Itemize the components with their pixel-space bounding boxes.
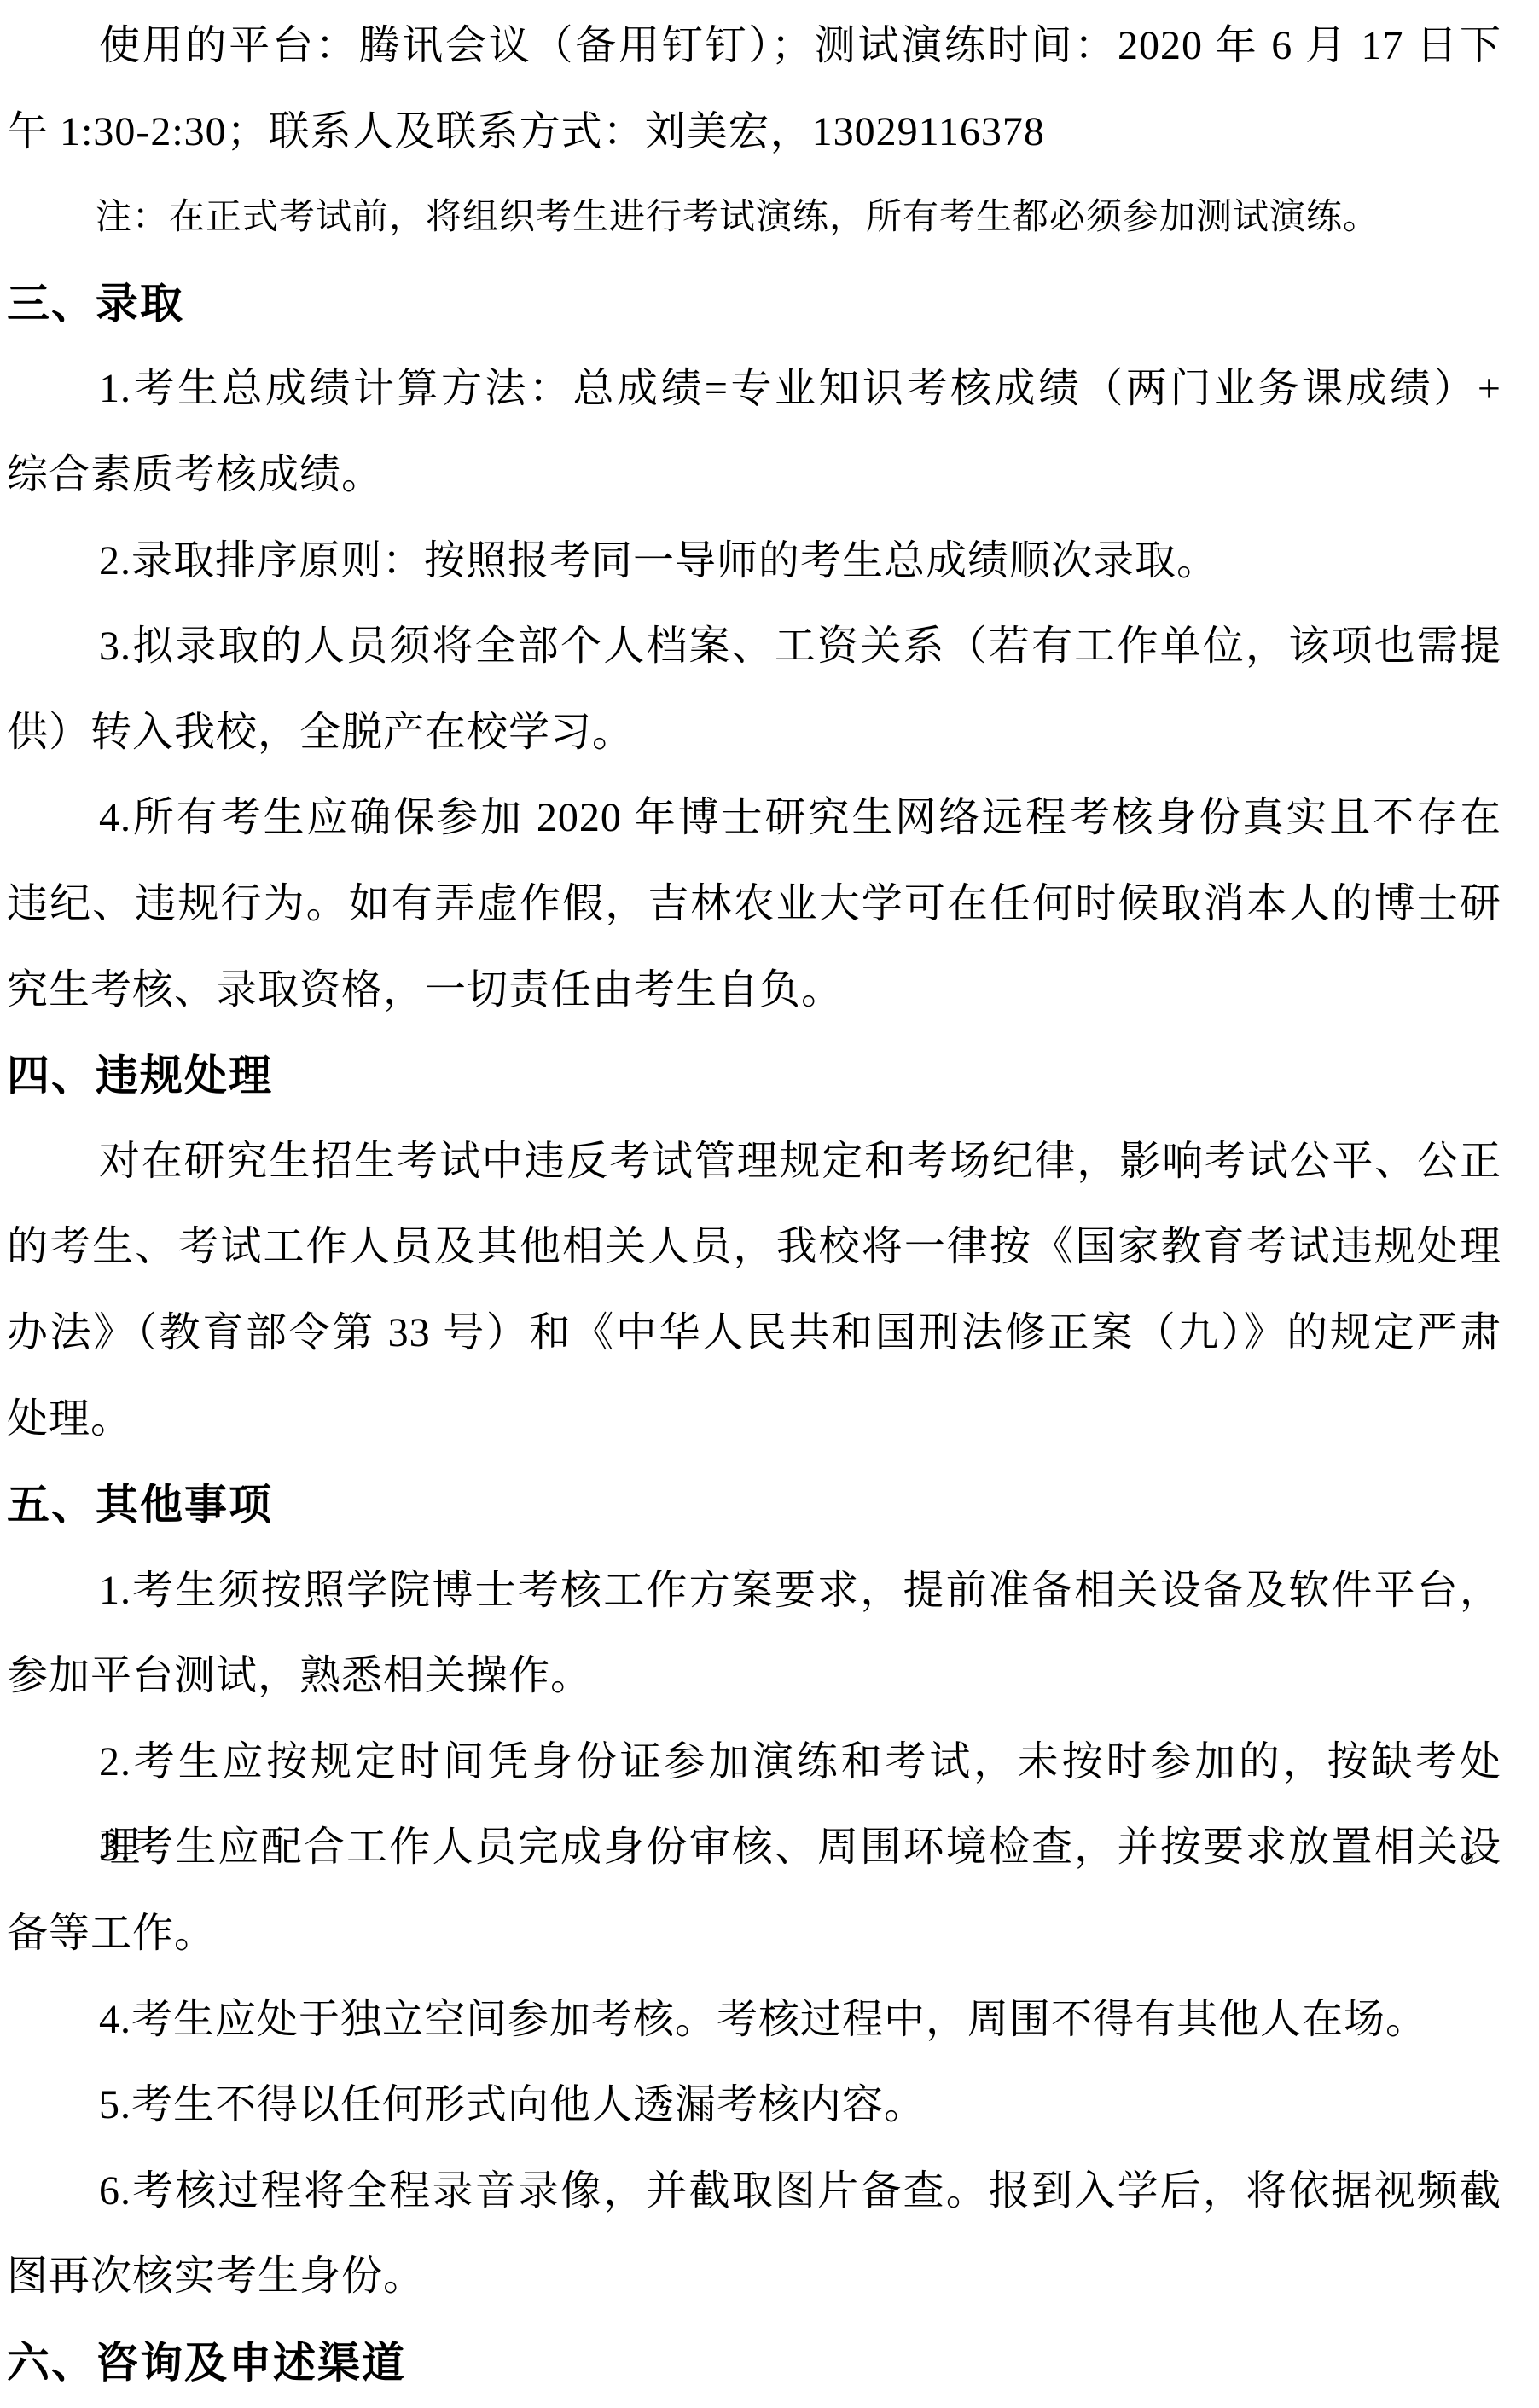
doc-line: 1.考生总成绩计算方法：总成绩=专业知识考核成绩（两门业务课成绩）+ [7,346,1501,432]
doc-line: 处理。 [7,1377,1501,1463]
doc-line: 对在研究生招生考试中违反考试管理规定和考场纪律，影响考试公平、公正 [7,1119,1501,1205]
section-heading-other-matters: 五、其他事项 [7,1462,1501,1548]
note-line: 注：在正式考试前，将组织考生进行考试演练，所有考生都必须参加测试演练。 [7,175,1501,261]
doc-line: 办法》（教育部令第 33 号）和《中华人民共和国刑法修正案（九）》的规定严肃 [7,1291,1501,1377]
doc-line: 供）转入我校，全脱产在校学习。 [7,690,1501,776]
doc-line: 违纪、违规行为。如有弄虚作假，吉林农业大学可在任何时候取消本人的博士研 [7,862,1501,948]
section-heading-violations: 四、违规处理 [7,1033,1501,1119]
doc-line: 使用的平台：腾讯会议（备用钉钉）；测试演练时间：2020 年 6 月 17 日下 [7,3,1501,90]
doc-line: 4.所有考生应确保参加 2020 年博士研究生网络远程考核身份真实且不存在 [7,775,1501,862]
doc-line: 3.考生应配合工作人员完成身份审核、周围环境检查，并按要求放置相关设 [7,1805,1501,1891]
doc-line: 2.考生应按规定时间凭身份证参加演练和考试，未按时参加的，按缺考处理。 [7,1720,1501,1806]
document-page: 使用的平台：腾讯会议（备用钉钉）；测试演练时间：2020 年 6 月 17 日下… [0,0,1539,2408]
doc-line: 1.考生须按照学院博士考核工作方案要求，提前准备相关设备及软件平台， [7,1548,1501,1634]
doc-line: 5.考生不得以任何形式向他人透漏考核内容。 [7,2063,1501,2149]
doc-line: 午 1:30-2:30；联系人及联系方式：刘美宏，13029116378 [7,90,1501,176]
doc-line: 究生考核、录取资格，一切责任由考生自负。 [7,948,1501,1034]
doc-line: 备等工作。 [7,1891,1501,1977]
doc-line: 图再次核实考生身份。 [7,2234,1501,2320]
doc-line: 3.拟录取的人员须将全部个人档案、工资关系（若有工作单位，该项也需提 [7,604,1501,690]
doc-line: 综合素质考核成绩。 [7,432,1501,519]
doc-line: 的考生、考试工作人员及其他相关人员，我校将一律按《国家教育考试违规处理 [7,1204,1501,1291]
doc-line: 2.录取排序原则：按照报考同一导师的考生总成绩顺次录取。 [7,519,1501,605]
doc-line: 4.考生应处于独立空间参加考核。考核过程中，周围不得有其他人在场。 [7,1977,1501,2063]
section-heading-admission: 三、录取 [7,261,1501,347]
section-heading-inquiry-channels: 六、咨询及申述渠道 [7,2320,1501,2406]
doc-line: 6.考核过程将全程录音录像，并截取图片备查。报到入学后，将依据视频截 [7,2149,1501,2235]
doc-line: 参加平台测试，熟悉相关操作。 [7,1633,1501,1720]
